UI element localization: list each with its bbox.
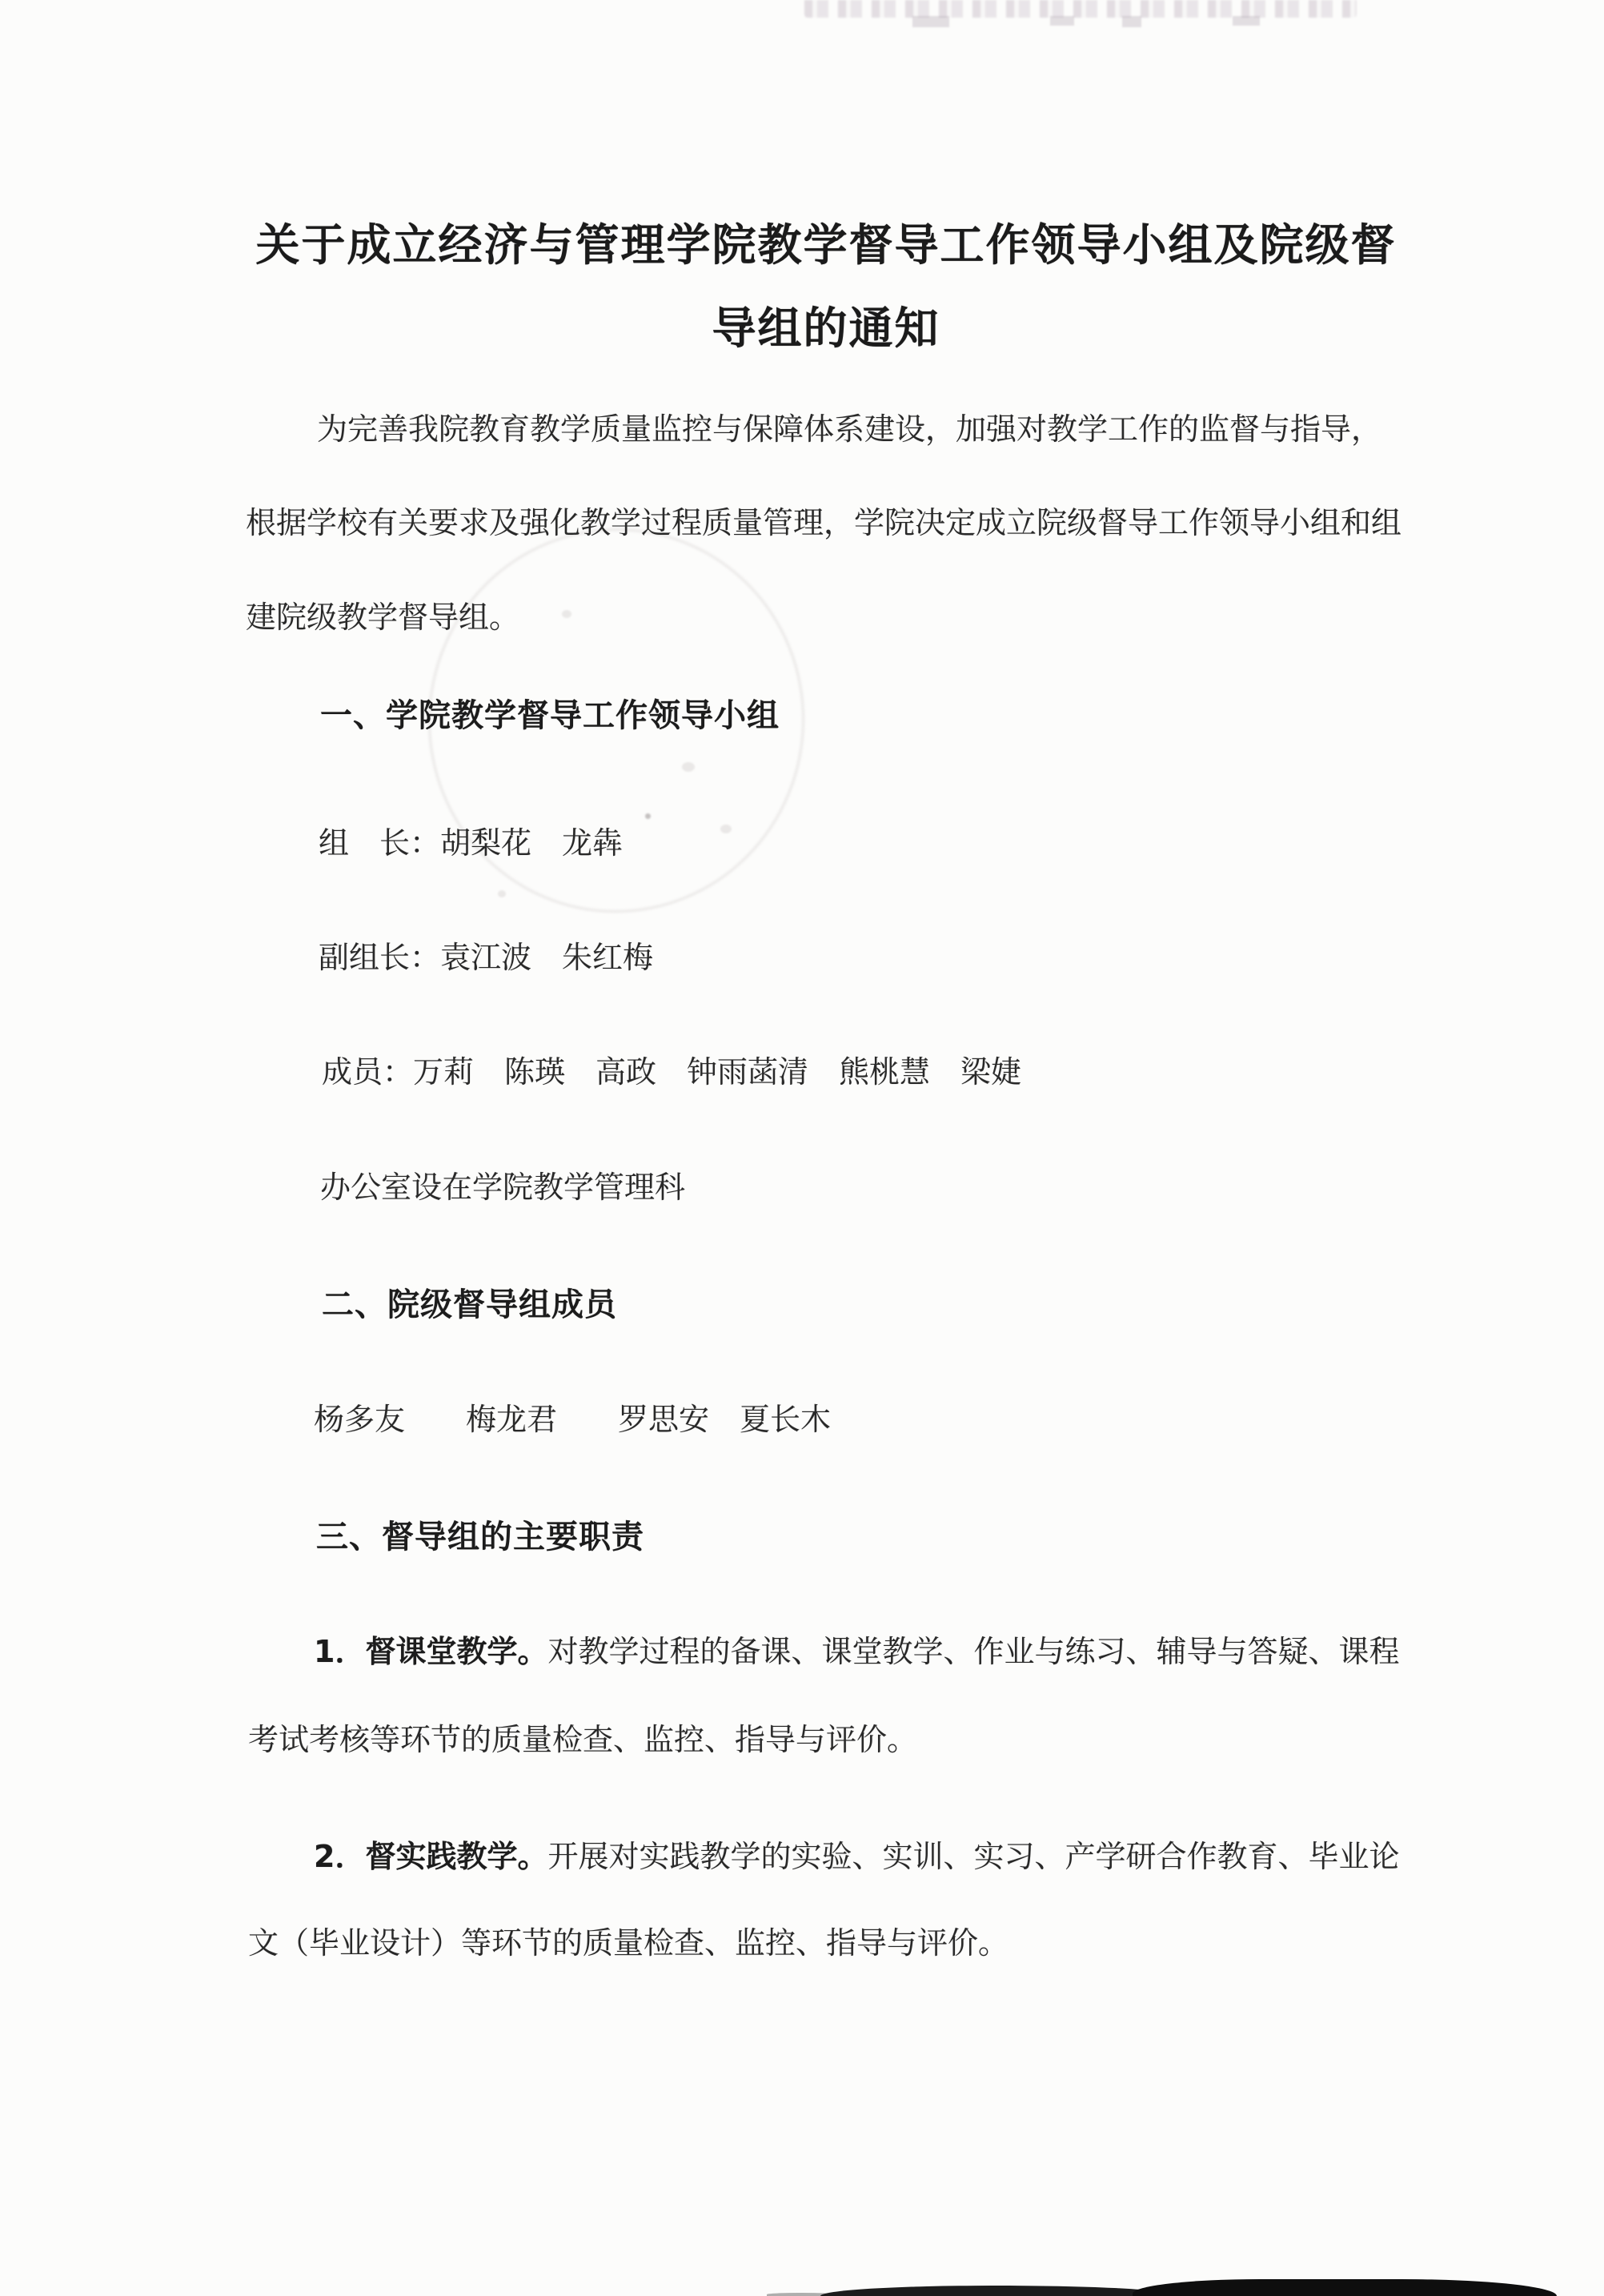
scan-artifact-mark [1122, 16, 1141, 27]
section1-heading: 一、学院教学督导工作领导小组 [320, 690, 780, 736]
scan-speckle [645, 813, 651, 819]
document-title-line2: 导组的通知 [48, 293, 1604, 356]
section2-members-line: 杨多友 梅龙君 罗思安 夏长木 [314, 1395, 831, 1439]
scan-artifact-mark [1050, 16, 1074, 26]
duty-item-2-lead: 2．督实践教学。 [314, 1839, 547, 1874]
scan-artifact-mark [912, 16, 949, 27]
scan-artifact-mark [1233, 16, 1260, 26]
duty-item-1-lead: 1．督课堂教学。 [314, 1634, 547, 1669]
section1-deputy-line: 副组长：袁江波 朱红梅 [319, 933, 653, 977]
duty-item-2-line-1: 2．督实践教学。开展对实践教学的实验、实训、实习、产学研合作教育、毕业论 [314, 1832, 1399, 1876]
scan-speckle [562, 610, 571, 618]
section1-office-line: 办公室设在学院教学管理科 [320, 1162, 685, 1206]
intro-line-2: 根据学校有关要求及强化教学过程质量管理，学院决定成立院级督导工作领导小组和组 [246, 498, 1401, 542]
scan-artifact-top-strip [804, 0, 1357, 18]
scan-artifact-bottom-edge [1133, 2279, 1557, 2296]
intro-line-3: 建院级教学督导组。 [246, 592, 519, 636]
duty-item-1-line-1: 1．督课堂教学。对教学过程的备课、课堂教学、作业与练习、辅导与答疑、课程 [314, 1627, 1399, 1671]
intro-line-1: 为完善我院教育教学质量监控与保障体系建设，加强对教学工作的监督与指导， [317, 404, 1381, 448]
duty-item-1-rest: 对教学过程的备课、课堂教学、作业与练习、辅导与答疑、课程 [547, 1634, 1399, 1669]
document-title-line1: 关于成立经济与管理学院教学督导工作领导小组及院级督 [48, 210, 1604, 273]
section2-heading: 二、院级督导组成员 [322, 1279, 617, 1325]
section1-members-line: 成员：万莉 陈瑛 高政 钟雨菡清 熊桃慧 梁婕 [322, 1047, 1021, 1091]
scan-speckle [498, 890, 506, 897]
duty-item-1-line-2: 考试考核等环节的质量检查、监控、指导与评价。 [248, 1715, 917, 1759]
duty-item-2-line-2: 文（毕业设计）等环节的质量检查、监控、指导与评价。 [248, 1918, 1009, 1962]
section1-leader-line: 组 长：胡梨花 龙犇 [319, 818, 623, 862]
section3-heading: 三、督导组的主要职责 [316, 1511, 644, 1557]
scanned-notice-page: 关于成立经济与管理学院教学督导工作领导小组及院级督 导组的通知 为完善我院教育教… [0, 0, 1604, 2296]
scan-speckle [720, 825, 732, 833]
scan-artifact-bottom-edge [820, 2286, 1165, 2296]
duty-item-2-rest: 开展对实践教学的实验、实训、实习、产学研合作教育、毕业论 [547, 1839, 1399, 1874]
scan-speckle [682, 762, 695, 772]
